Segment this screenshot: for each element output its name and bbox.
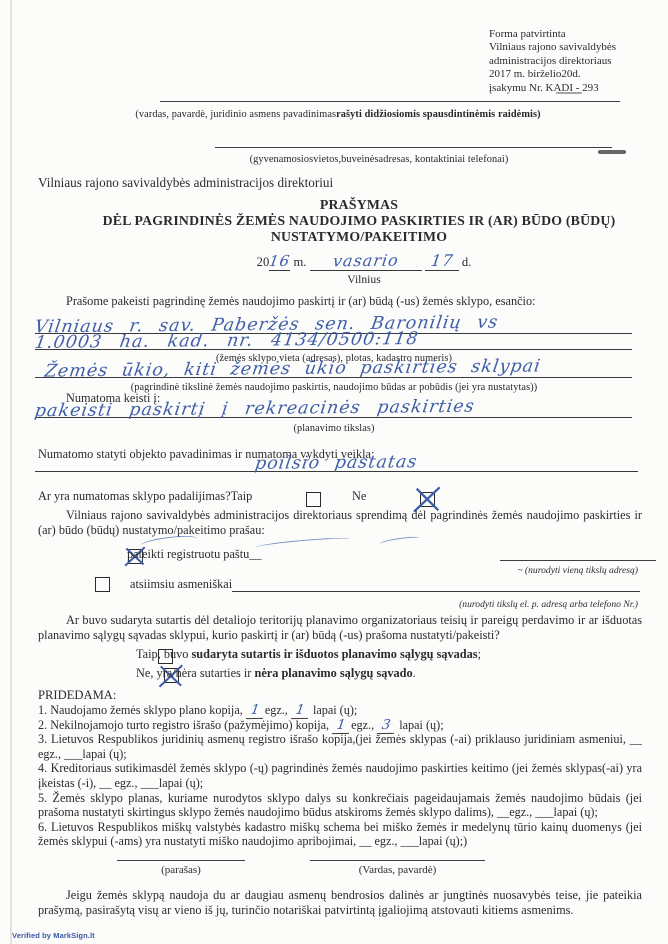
delivery-personal-caption: (nurodyti tikslų el. p. adresą arba tele… xyxy=(459,597,638,612)
agreement-no-bold: nėra planavimo sąlygų sąvado xyxy=(254,666,412,680)
addressee: Vilniaus rajono savivaldybės administrac… xyxy=(38,175,333,190)
signature-line-right: (Vardas, pavardė) xyxy=(310,860,485,878)
agreement-yes-bold: sudaryta sutartis ir išduotos planavimo … xyxy=(192,647,478,661)
checkbox-delivery-personal xyxy=(95,577,110,592)
date-d-label: d. xyxy=(459,255,472,269)
change-caption: (planavimo tikslas) xyxy=(60,421,608,436)
mail-address-line xyxy=(500,560,656,561)
agreement-yes-label: Taip, buvo sudaryta sutartis ir išduotos… xyxy=(136,647,481,662)
item-count-handwritten: 1 xyxy=(332,719,351,734)
title-line-2: DĖL PAGRINDINĖS ŽEMĖS NAUDOJIMO PASKIRTI… xyxy=(70,213,648,229)
agreement-no-normal: Ne, yra/nėra sutarties ir xyxy=(136,666,254,680)
approval-line: administracijos direktoriaus xyxy=(489,55,616,68)
change-field-line: pakeisti paskirtį į rekreacinės paskirti… xyxy=(35,398,632,418)
personal-contact-line xyxy=(232,578,640,592)
approval-line: 2017 m. birželio20d. xyxy=(489,68,616,81)
approval-line: Vilniaus rajono savivaldybės xyxy=(489,41,616,54)
date-line: 2016 m. vasario 17 d. xyxy=(30,253,668,271)
date-m-label: m. xyxy=(290,255,309,269)
checkbox-division-no xyxy=(420,492,435,507)
caption-bold: rašyti didžiosiomis spausdintinėmis raid… xyxy=(336,109,540,120)
checkbox-division-yes xyxy=(306,492,321,507)
item-text: egz., xyxy=(265,703,291,717)
delivery-intro: Vilniaus rajono savivaldybės administrac… xyxy=(38,508,642,538)
item-text: 2. Nekilnojamojo turto registro išrašo (… xyxy=(38,718,332,732)
delivery-personal-label: atsiimsiu asmeniškai xyxy=(130,577,232,592)
signature-caption: (parašas) xyxy=(161,864,201,876)
ink-scribble xyxy=(255,536,350,551)
attachment-item-3: 3. Lietuvos Respublikos juridinių asmenų… xyxy=(38,732,642,761)
item-count-handwritten: 1 xyxy=(291,704,310,719)
item-count-handwritten: 1 xyxy=(246,704,265,719)
approval-block: Forma patvirtinta Vilniaus rajono saviva… xyxy=(489,28,616,95)
signature-line-left: (parašas) xyxy=(117,860,245,878)
applicant-name-caption: (vardas, pavardė, juridinio asmens pavad… xyxy=(38,107,638,122)
applicant-name-line xyxy=(160,101,620,102)
location-field-line2: 1.0003 ha. kad. nr. 4134/0500:118 xyxy=(35,333,632,350)
attachments-heading: PRIDEDAMA: xyxy=(38,688,116,703)
purpose-handwritten: Žemės ūkio, kiti žemės ūkio paskirties s… xyxy=(43,358,542,381)
application-form-scan: Forma patvirtinta Vilniaus rajono saviva… xyxy=(0,0,668,944)
agreement-yes-end: ; xyxy=(478,647,481,661)
purpose-field-line: Žemės ūkio, kiti žemės ūkio paskirties s… xyxy=(35,360,632,378)
applicant-address-caption: (gyvenamosiosvietos,buveinėsadresas, kon… xyxy=(120,152,638,167)
agreement-question: Ar buvo sudaryta sutartis dėl detaliojo … xyxy=(38,613,642,643)
applicant-address-line xyxy=(215,147,612,148)
attachment-item-6: 6. Lietuvos Respublikos miškų valstybės … xyxy=(38,820,642,849)
division-no-label: Ne xyxy=(352,489,366,504)
item-text: 1. Naudojamo žemės sklypo plano kopija, xyxy=(38,703,246,717)
date-city: Vilnius xyxy=(30,272,668,287)
footer-note: Jeigu žemės sklypą naudoja du ar daugiau… xyxy=(38,888,642,917)
change-handwritten: pakeisti paskirtį į rekreacinės paskirti… xyxy=(33,398,475,420)
division-question: Ar yra numatomas sklypo padalijimas?Taip xyxy=(38,489,252,504)
item-text: lapai (ų); xyxy=(396,718,443,732)
form-title: PRAŠYMAS DĖL PAGRINDINĖS ŽEMĖS NAUDOJIMO… xyxy=(70,197,648,244)
title-line-3: NUSTATYMO/PAKEITIMO xyxy=(70,229,648,245)
item-text: egz., xyxy=(351,718,377,732)
caption-normal: (vardas, pavardė, juridinio asmens pavad… xyxy=(135,109,336,120)
item-count-handwritten: 3 xyxy=(377,719,396,734)
attachment-item-1: 1. Naudojamo žemės sklypo plano kopija, … xyxy=(38,703,642,718)
item-text: lapai (ų); xyxy=(310,703,357,717)
date-year-handwritten: 16 xyxy=(268,254,291,269)
marksign-verified-label: Verified by MarkSign.lt xyxy=(12,928,95,943)
approval-line: įsakymu Nr. KADI - 293 xyxy=(489,82,616,95)
scan-edge-artifact xyxy=(10,0,12,944)
delivery-personal-row: atsiimsiu asmeniškai xyxy=(95,577,640,592)
title-line-1: PRAŠYMAS xyxy=(70,197,648,213)
delivery-mail-label: pateikti registruotu paštu__ xyxy=(127,547,262,562)
request-intro: Prašome pakeisti pagrindinę žemės naudoj… xyxy=(38,294,642,309)
delivery-mail-caption: ~ (nurodyti vieną tikslų adresą) xyxy=(517,563,638,578)
object-handwritten: poilsio pastatas xyxy=(254,454,419,473)
attachment-item-2: 2. Nekilnojamojo turto registro išrašo (… xyxy=(38,718,642,733)
attachments-list: 1. Naudojamo žemės sklypo plano kopija, … xyxy=(38,703,642,849)
name-caption: (Vardas, pavardė) xyxy=(359,864,437,876)
approval-line: Forma patvirtinta xyxy=(489,28,616,41)
agreement-no-end: . xyxy=(413,666,416,680)
agreement-no-label: Ne, yra/nėra sutarties ir nėra planavimo… xyxy=(136,666,416,681)
object-field-line: poilsio pastatas xyxy=(35,452,638,472)
attachment-item-4: 4. Kreditoriaus sutikimasdėl žemės sklyp… xyxy=(38,761,642,790)
attachment-item-5: 5. Žemės sklypo planas, kuriame nurodyto… xyxy=(38,791,642,820)
date-month-handwritten: vasario xyxy=(331,253,399,270)
agreement-yes-normal: Taip, buvo xyxy=(136,647,192,661)
date-day-handwritten: 17 xyxy=(429,253,454,269)
location-handwritten-2: 1.0003 ha. kad. nr. 4134/0500:118 xyxy=(33,330,419,352)
